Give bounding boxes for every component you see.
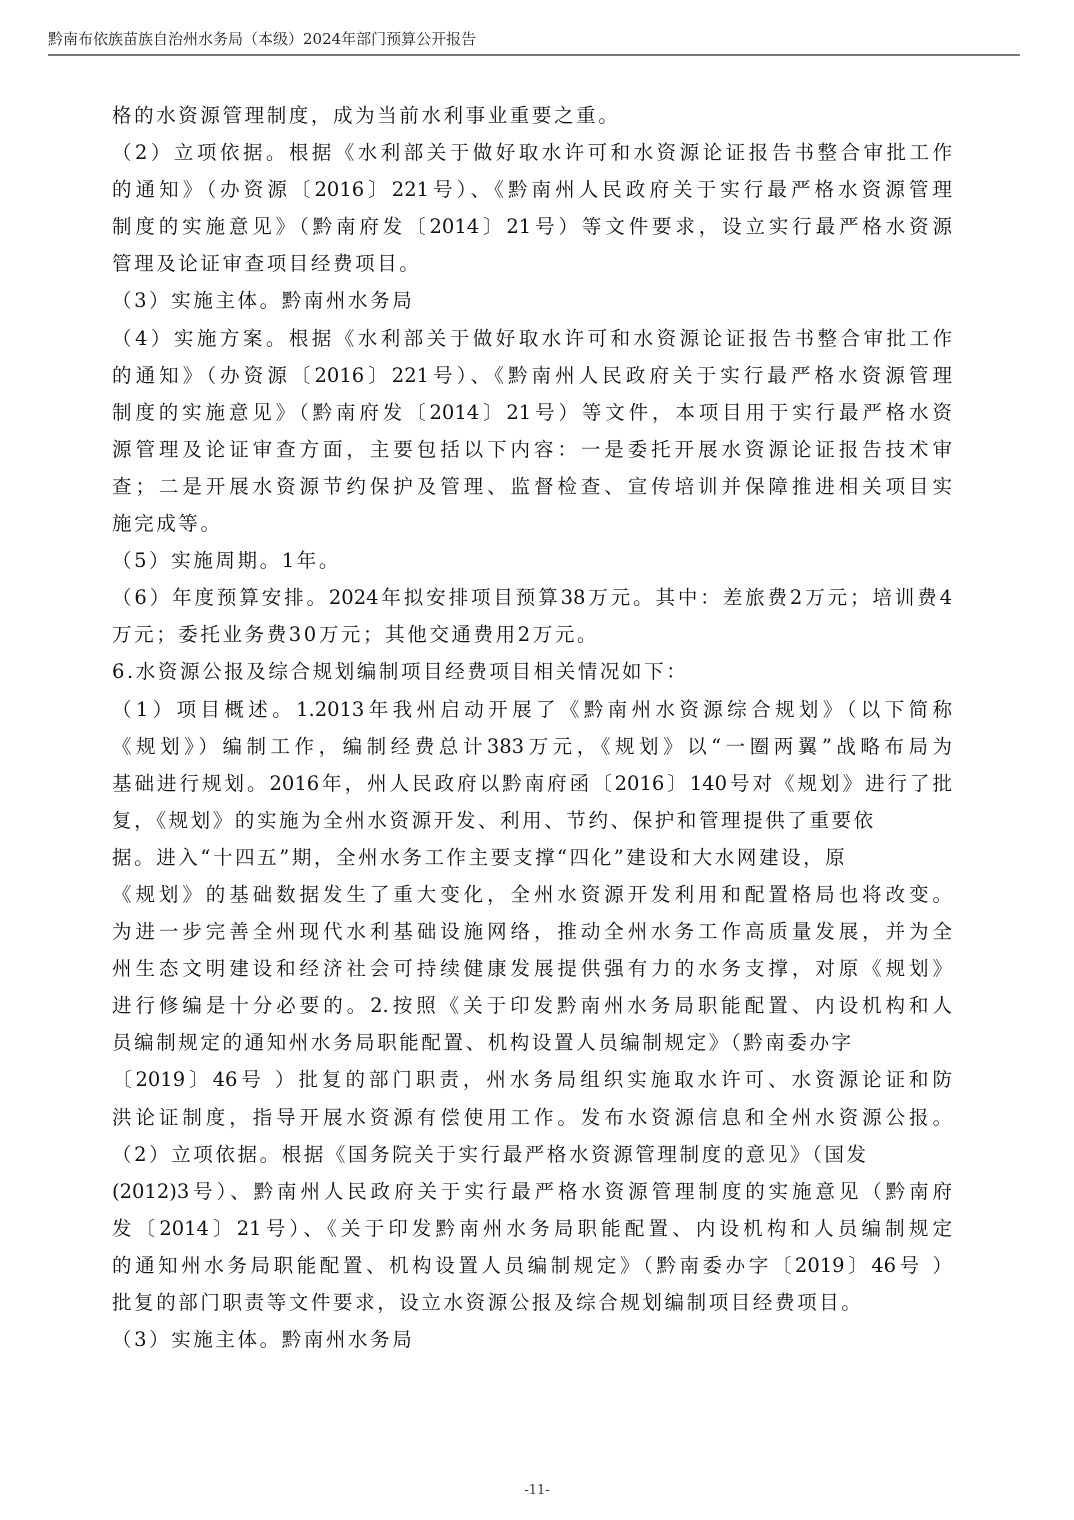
header-title: 黔南布依族苗族自治州水务局（本级）2024年部门预算公开报告: [48, 30, 1020, 48]
text-line: 批复的部门职责等文件要求，设立水资源公报及综合规划编制项目经费项目。: [112, 1284, 952, 1321]
text-line: （2）立项依据。根据《水利部关于做好取水许可和水资源论证报告书整合审批工作: [112, 134, 952, 171]
text-line: （6）年度预算安排。2024年拟安排项目预算38万元。其中：差旅费2万元；培训费…: [112, 579, 952, 616]
text-line: 源管理及论证审查方面，主要包括以下内容：一是委托开展水资源论证报告技术审: [112, 431, 952, 468]
text-line: （2）立项依据。根据《国务院关于实行最严格水资源管理制度的意见》（国发: [112, 1136, 952, 1173]
text-line: 《规划》）编制工作，编制经费总计383万元，《规划》以“一圈两翼”战略布局为: [112, 728, 952, 765]
text-line: 6.水资源公报及综合规划编制项目经费项目相关情况如下：: [112, 653, 952, 690]
text-line: 的通知》（办资源〔2016〕221号）、《黔南州人民政府关于实行最严格水资源管理: [112, 357, 952, 394]
text-line: （4）实施方案。根据《水利部关于做好取水许可和水资源论证报告书整合审批工作: [112, 320, 952, 357]
text-line: 员编制规定的通知州水务局职能配置、机构设置人员编制规定》（黔南委办字: [112, 1024, 952, 1061]
text-line: （5）实施周期。1年。: [112, 542, 952, 579]
text-line: 〔2019〕46号 ）批复的部门职责，州水务局组织实施取水许可、水资源论证和防: [112, 1061, 952, 1098]
text-line: 管理及论证审查项目经费项目。: [112, 245, 952, 282]
text-line: 格的水资源管理制度，成为当前水利事业重要之重。: [112, 97, 952, 134]
text-line: （1）项目概述。1.2013年我州启动开展了《黔南州水资源综合规划》（以下简称: [112, 691, 952, 728]
text-line: 施完成等。: [112, 505, 952, 542]
page-header: 黔南布依族苗族自治州水务局（本级）2024年部门预算公开报告: [48, 30, 1020, 48]
text-line: 的通知州水务局职能配置、机构设置人员编制规定》（黔南委办字〔2019〕46号 ）: [112, 1247, 952, 1284]
text-line: 制度的实施意见》（黔南府发〔2014〕21号）等文件，本项目用于实行最严格水资: [112, 394, 952, 431]
text-line: 查；二是开展水资源节约保护及管理、监督检查、宣传培训并保障推进相关项目实: [112, 468, 952, 505]
text-line: 州生态文明建设和经济社会可持续健康发展提供强有力的水务支撑，对原《规划》: [112, 950, 952, 987]
text-line: 据。进入“十四五”期，全州水务工作主要支撑“四化”建设和大水网建设，原: [112, 839, 952, 876]
text-line: （3）实施主体。黔南州水务局: [112, 282, 952, 319]
text-line: (2012)3号）、黔南州人民政府关于实行最严格水资源管理制度的实施意见（黔南府: [112, 1173, 952, 1210]
header-divider: [48, 54, 1020, 56]
text-line: 为进一步完善全州现代水利基础设施网络，推动全州水务工作高质量发展，并为全: [112, 913, 952, 950]
document-body: 格的水资源管理制度，成为当前水利事业重要之重。（2）立项依据。根据《水利部关于做…: [112, 97, 952, 1358]
text-line: （3）实施主体。黔南州水务局: [112, 1321, 952, 1358]
text-line: 进行修编是十分必要的。2.按照《关于印发黔南州水务局职能配置、内设机构和人: [112, 987, 952, 1024]
text-line: 的通知》（办资源〔2016〕221号）、《黔南州人民政府关于实行最严格水资源管理: [112, 171, 952, 208]
text-line: 制度的实施意见》（黔南府发〔2014〕21号）等文件要求，设立实行最严格水资源: [112, 208, 952, 245]
text-line: 复，《规划》的实施为全州水资源开发、利用、节约、保护和管理提供了重要依: [112, 802, 952, 839]
text-line: 基础进行规划。2016年，州人民政府以黔南府函〔2016〕140号对《规划》进行…: [112, 765, 952, 802]
page-number: -11-: [0, 1483, 1074, 1498]
text-line: 万元；委托业务费30万元；其他交通费用2万元。: [112, 616, 952, 653]
text-line: 洪论证制度，指导开展水资源有偿使用工作。发布水资源信息和全州水资源公报。: [112, 1099, 952, 1136]
text-line: 《规划》的基础数据发生了重大变化，全州水资源开发利用和配置格局也将改变。: [112, 876, 952, 913]
text-line: 发〔2014〕21号）、《关于印发黔南州水务局职能配置、内设机构和人员编制规定: [112, 1210, 952, 1247]
